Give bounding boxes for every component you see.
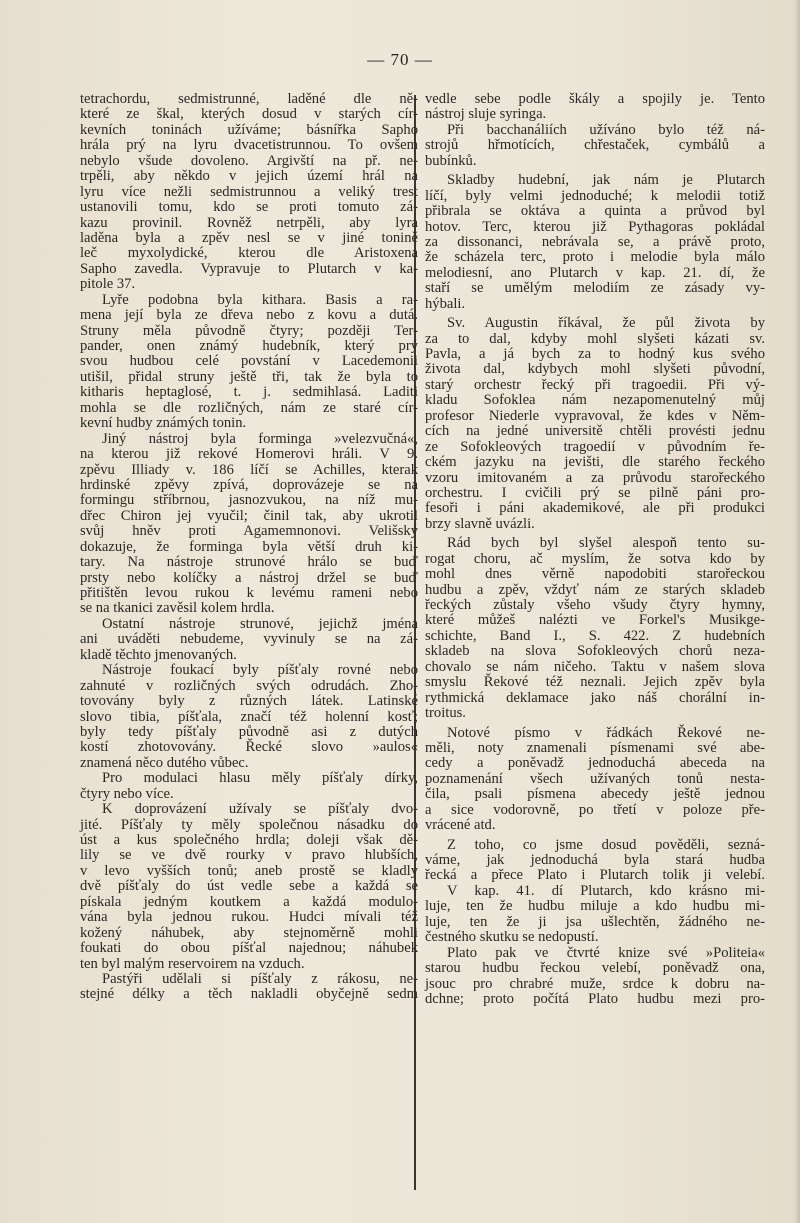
text-line: profesor Niederle vypravoval, že kdes v …	[425, 409, 765, 424]
text-line: utišil, přidal struny ještě tři, tak že …	[80, 370, 418, 385]
text-line: Jiný nástroj byla forminga »velezvučná«,	[80, 432, 418, 447]
text-line: cedy a poněvadž jednoduchá abeceda na	[425, 756, 765, 771]
text-line: vedle sebe podle škály a spojily je. Ten…	[425, 92, 765, 107]
left-text-column: tetrachordu, sedmistrunné, laděné dle ně…	[80, 92, 418, 1003]
text-line: Sv. Augustin říkával, že půl života by	[425, 316, 765, 331]
page-number: — 70 —	[0, 50, 800, 70]
text-line: orchestru. I cvičili prý se pilně páni p…	[425, 486, 765, 501]
text-line: v levo vyšších tonů; aneb prostě se klad…	[80, 864, 418, 879]
text-line: schichte, Band I., S. 422. Z hudebních	[425, 629, 765, 644]
text-line: života dal, kdybych mohl slyšeti původní…	[425, 362, 765, 377]
text-line: dvě píšťaly do úst vedle sebe a každá se	[80, 879, 418, 894]
text-line: pískala jedným koutkem a každá modulo-	[80, 895, 418, 910]
text-line: zahnuté v rozličných svých odrudách. Zho…	[80, 679, 418, 694]
text-line: kitharis heptaglosé, t. j. sedmihlasá. L…	[80, 385, 418, 400]
text-line: Sapho zavedla. Vypravuje to Plutarch v k…	[80, 262, 418, 277]
text-line: staří se umělým melodiím ze zásady vy-	[425, 281, 765, 296]
text-line: kazu provinil. Rovněž netrpěli, aby lyra	[80, 216, 418, 231]
text-line: kladě těchto jmenovaných.	[80, 648, 418, 663]
text-line: kevních toninách užíváme; básnířka Sapho	[80, 123, 418, 138]
text-line: laděna byla a zpěv nesl se v jiné tonině	[80, 231, 418, 246]
text-line: kostí zhotovovány. Řecké slovo »aulos«	[80, 740, 418, 755]
text-line: stejné délky a těch nakladli obyčejně se…	[80, 987, 418, 1002]
text-line: Pro modulaci hlasu měly píšťaly dírky,	[80, 771, 418, 786]
text-line: troitus.	[425, 706, 765, 721]
text-line: kevní hudby známých tonin.	[80, 416, 418, 431]
text-line: se na tkanici zavěsil kolem hrdla.	[80, 601, 418, 616]
text-line: rogat choru, ač myslím, že sotva kdo by	[425, 552, 765, 567]
text-line: Skladby hudební, jak nám je Plutarch	[425, 173, 765, 188]
text-line: Notové písmo v řádkách Řekové ne-	[425, 726, 765, 741]
text-line: váme, jak jednoduchá byla stará hudba	[425, 853, 765, 868]
text-line: nebylo všude dovoleno. Argivští na př. n…	[80, 154, 418, 169]
text-line: nástroj sluje syringa.	[425, 107, 765, 122]
text-line: pander, onen známý hudebník, který prý	[80, 339, 418, 354]
text-line: ze Sofokleových tragoedií v původním ře-	[425, 440, 765, 455]
text-line: chovalo se nám ničeho. Taktu v našem slo…	[425, 660, 765, 675]
text-line: mena její byla ze dřeva nebo z kovu a du…	[80, 308, 418, 323]
text-line: tovovány byly z různých látek. Latinské	[80, 694, 418, 709]
text-line: cích na jedné universitě chtěli provésti…	[425, 424, 765, 439]
text-line: řecká a přece Plato i Plutarch tolik ji …	[425, 868, 765, 883]
text-line: kožený náhubek, aby stejnoměrně mohli	[80, 926, 418, 941]
text-line: přitištěn levou rukou k levému rameni ne…	[80, 586, 418, 601]
text-line: mohla se dle rozličných, nám ze staré cí…	[80, 401, 418, 416]
text-line: hrdinské zpěvy zpívá, doprovázeje se na	[80, 478, 418, 493]
text-line: zpěvu Illiady v. 186 líčí se Achilles, k…	[80, 463, 418, 478]
text-line: které můžeš nalézti ve Forkel's Musikge-	[425, 613, 765, 628]
text-line: vzoru imitovaném a za průvodu staro­řeck…	[425, 471, 765, 486]
text-line: které ze škal, kterých dosud v starých c…	[80, 107, 418, 122]
text-line: dřec Chiron jej vyučil; činil tak, aby u…	[80, 509, 418, 524]
text-line: luje, ten že hudbu miluje a kdo hudbu mi…	[425, 899, 765, 914]
right-text-column: vedle sebe podle škály a spojily je. Ten…	[425, 92, 765, 1007]
text-line: svou hudbou celé povstání v Lacedemonii	[80, 354, 418, 369]
text-line: rythmická deklamace jako náš chorální in…	[425, 691, 765, 706]
text-line: poznamenání všech užívaných tonů nesta-	[425, 772, 765, 787]
text-line: Struny měla původně čtyry; později Ter-	[80, 324, 418, 339]
text-line: trpěli, aby někdo v jejich území hrál na	[80, 169, 418, 184]
text-line: Nástroje foukací byly píšťaly rovné nebo	[80, 663, 418, 678]
text-line: pitole 37.	[80, 277, 418, 292]
text-line: Ostatní nástroje strunové, jejichž jména	[80, 617, 418, 632]
text-line: K doprovázení užívaly se píšťaly dvo-	[80, 802, 418, 817]
text-line: luje, ten že ji jsa ušlechtěn, žádného n…	[425, 915, 765, 930]
text-line: Při bacchanáliích užíváno bylo též ná-	[425, 123, 765, 138]
text-line: a sice vodorovně, po třetí v poloze pře-	[425, 803, 765, 818]
text-line: formingu stříbrnou, jasnozvukou, na níž …	[80, 493, 418, 508]
text-line: hrála prý na lyru dvacetistrunnou. To ov…	[80, 138, 418, 153]
text-line: dchne; proto počítá Plato hudbu mezi pro…	[425, 992, 765, 1007]
scanned-page: — 70 — tetrachordu, sedmistrunné, laděné…	[0, 0, 800, 1223]
text-line: lily se ve dvě rourky v pravo hlubších,	[80, 848, 418, 863]
text-line: líčí, byly velmi jednoduché; k melodii t…	[425, 189, 765, 204]
text-line: strojů hřmotících, chřestaček, cymbálů a	[425, 138, 765, 153]
text-line: leč myxolydické, kterou dle Aristoxena	[80, 246, 418, 261]
text-line: za to dal, kdyby mohl slyšeti kázati sv.	[425, 332, 765, 347]
text-line: řeckých zůstaly všeho všudy čtyry hymny,	[425, 598, 765, 613]
text-line: hudbu a zpěv, vždyť nám ze starých sklad…	[425, 583, 765, 598]
text-line: lyru více nežli sedmistrunnou a veliký t…	[80, 185, 418, 200]
text-line: mohl dnes věrně napodobiti staro­řeckou	[425, 567, 765, 582]
text-line: tary. Na nástroje strunové hrálo se buď	[80, 555, 418, 570]
text-line: kladu Sofoklea nám nezapomenutelný můj	[425, 393, 765, 408]
text-line: ckém jazyku na jevišti, dle starého řeck…	[425, 455, 765, 470]
text-line: foukati do obou píšťal najednou; náhubek	[80, 941, 418, 956]
text-line: V kap. 41. dí Plutarch, kdo krásno mi-	[425, 884, 765, 899]
text-line: melodiesní, ano Plutarch v kap. 21. dí, …	[425, 266, 765, 281]
text-line: brzy slavně uvázli.	[425, 517, 765, 532]
text-line: Lyře podobna byla kithara. Basis a ra-	[80, 293, 418, 308]
text-line: smyslu Řekové též neznali. Jejich zpěv b…	[425, 675, 765, 690]
text-line: slovo tibia, píšťala, značí též holenní …	[80, 710, 418, 725]
text-line: přibrala se oktáva a quinta a průvod byl	[425, 204, 765, 219]
text-line: Rád bych byl slyšel alespoň tento su-	[425, 536, 765, 551]
text-line: úst a kus společného hrdla; doleji však …	[80, 833, 418, 848]
text-line: dokazuje, že forminga byla větší druh ki…	[80, 540, 418, 555]
text-line: ani uváděti nebudeme, vyvinuly se na zá-	[80, 632, 418, 647]
text-line: měli, noty znamenali písmenami své abe-	[425, 741, 765, 756]
text-line: hotov. Terc, kterou již Pythagoras poklá…	[425, 220, 765, 235]
text-line: Pastýři udělali si píšťaly z rákosu, ne-	[80, 972, 418, 987]
text-line: Plato pak ve čtvrté knize své »Politeia«	[425, 946, 765, 961]
text-line: Pavla, a já bych za to hodný kus svého	[425, 347, 765, 362]
text-line: Z toho, co jsme dosud pověděli, sezná-	[425, 838, 765, 853]
text-line: starý orchestr řecký při tragoedii. Při …	[425, 378, 765, 393]
text-line: prsty nebo kolíčky a nástroj držel se bu…	[80, 571, 418, 586]
text-line: bubínků.	[425, 154, 765, 169]
text-line: tetrachordu, sedmistrunné, laděné dle ně…	[80, 92, 418, 107]
text-line: starou hudbu řeckou velebí, poněvadž ona…	[425, 961, 765, 976]
text-line: vrácené atd.	[425, 818, 765, 833]
text-line: hýbali.	[425, 297, 765, 312]
text-line: že scházela terc, proto i melodie byla m…	[425, 250, 765, 265]
text-line: fesoři i páni akademikové, ale při produ…	[425, 501, 765, 516]
text-line: znamená něco dutého vůbec.	[80, 756, 418, 771]
text-line: čtyry nebo více.	[80, 787, 418, 802]
text-line: svůj hněv proti Agamemnonovi. Velišský	[80, 524, 418, 539]
text-line: ten byl malým reservoirem na vzduch.	[80, 957, 418, 972]
text-line: na kterou již rekové Homerovi hráli. V 9…	[80, 447, 418, 462]
text-line: vána byla jednou rukou. Hudci mívali též	[80, 910, 418, 925]
text-line: čestného skutku se nedopustí.	[425, 930, 765, 945]
text-line: čila, psali písmena abecedy ještě jednou	[425, 787, 765, 802]
text-line: skladeb na slova Sofokleových chorů neza…	[425, 644, 765, 659]
text-line: jsouc pro chrabré muže, srdce k dobru na…	[425, 977, 765, 992]
page-edge-shadow	[794, 0, 800, 1223]
text-line: jité. Píšťaly ty měly společnou násadku …	[80, 818, 418, 833]
text-line: za dissonanci, nebrávala se, a právě pro…	[425, 235, 765, 250]
text-line: ustanovili tomu, kdo se proti tomuto zá-	[80, 200, 418, 215]
